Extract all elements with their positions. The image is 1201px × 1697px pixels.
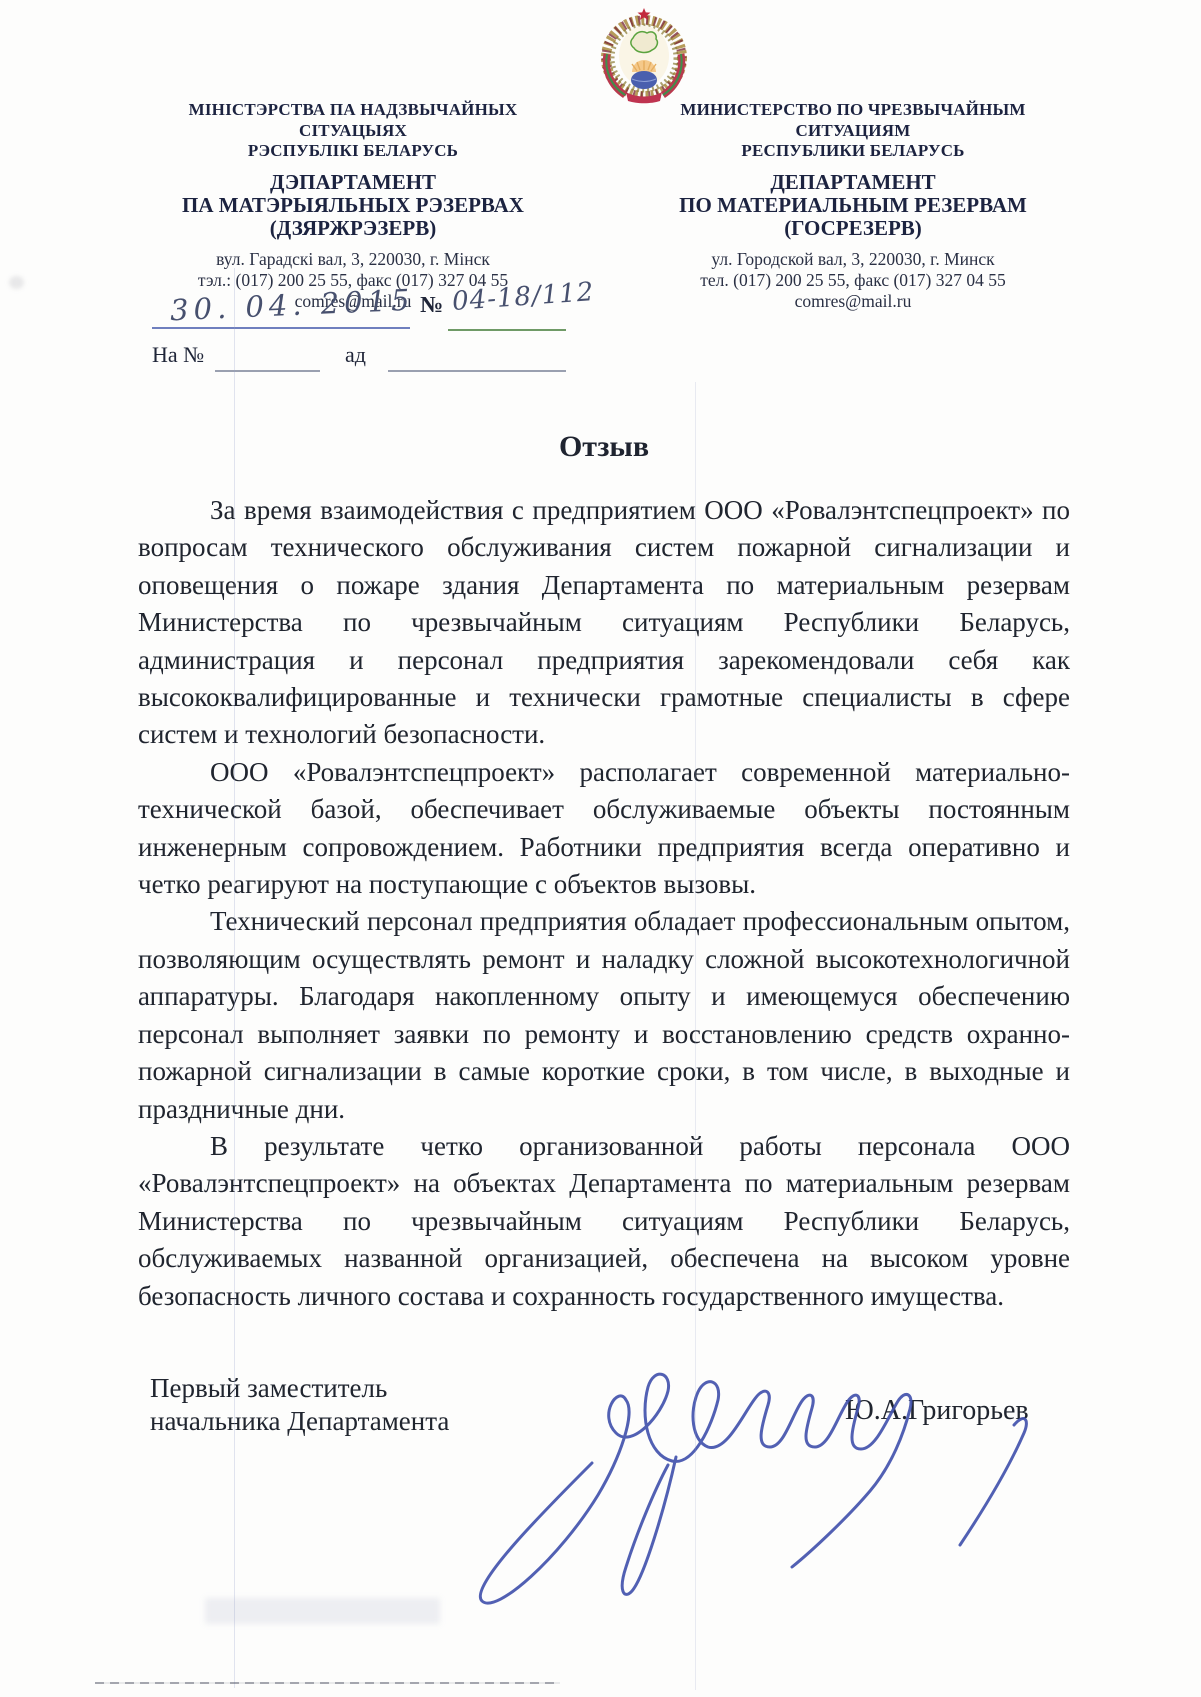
org-department-ru-1: ДЕПАРТАМЕНТ (633, 171, 1073, 194)
reply-to-label: На № (152, 342, 204, 368)
signer-position: Первый заместитель начальника Департамен… (150, 1372, 449, 1438)
signer-position-line2: начальника Департамента (150, 1405, 449, 1438)
org-department-by-1: ДЭПАРТАМЕНТ (133, 171, 573, 194)
scan-artifact-vertical-line-left (234, 268, 235, 1688)
org-republic-ru: РЕСПУБЛИКИ БЕЛАРУСЬ (633, 141, 1073, 162)
scan-artifact-edge-dot (9, 276, 24, 289)
org-department-by-2: ПА МАТЭРЫЯЛЬНЫХ РЭЗЕРВАХ (133, 194, 573, 217)
org-department-by-3: (ДЗЯРЖРЭЗЕРВ) (133, 217, 573, 240)
number-underline (448, 329, 566, 331)
paragraph-1: За время взаимодействия с предприятием О… (138, 492, 1070, 754)
scanned-letter-page: МІНІСТЭРСТВА ПА НАДЗВЫЧАЙНЫХ СІТУАЦЫЯХ Р… (0, 0, 1201, 1697)
header-belarusian-column: МІНІСТЭРСТВА ПА НАДЗВЫЧАЙНЫХ СІТУАЦЫЯХ Р… (133, 100, 573, 311)
paragraph-4: В результате четко организованной работы… (138, 1128, 1070, 1315)
paragraph-2: ООО «Ровалэнтспецпроект» располагает сов… (138, 754, 1070, 904)
scan-artifact-bottom-line (95, 1682, 560, 1684)
org-email-ru: comres@mail.ru (633, 291, 1073, 312)
document-title: Отзыв (138, 430, 1070, 464)
org-department-ru-3: (ГОСРЕЗЕРВ) (633, 217, 1073, 240)
date-underline (152, 327, 410, 329)
reply-from-label: ад (345, 342, 366, 368)
scan-artifact-vertical-line-center (695, 382, 696, 1690)
paragraph-3: Технический персонал предприятия обладае… (138, 903, 1070, 1127)
org-ministry-by: МІНІСТЭРСТВА ПА НАДЗВЫЧАЙНЫХ СІТУАЦЫЯХ (133, 100, 573, 141)
scan-artifact-ghost-smudge (205, 1598, 440, 1624)
letter-body: За время взаимодействия с предприятием О… (138, 492, 1070, 1315)
org-phone-ru: тел. (017) 200 25 55, факс (017) 327 04 … (633, 270, 1073, 291)
reply-number-blank-line (215, 370, 320, 372)
header-russian-column: МИНИСТЕРСТВО ПО ЧРЕЗВЫЧАЙНЫМ СИТУАЦИЯМ Р… (633, 100, 1073, 311)
signer-position-line1: Первый заместитель (150, 1372, 449, 1405)
org-address-ru: ул. Городской вал, 3, 220030, г. Минск (633, 249, 1073, 270)
org-department-ru-2: ПО МАТЕРИАЛЬНЫМ РЕЗЕРВАМ (633, 194, 1073, 217)
number-sign-label: № (420, 292, 443, 318)
org-ministry-ru: МИНИСТЕРСТВО ПО ЧРЕЗВЫЧАЙНЫМ СИТУАЦИЯМ (633, 100, 1073, 141)
handwritten-signature (440, 1295, 1060, 1615)
org-republic-by: РЭСПУБЛІКІ БЕЛАРУСЬ (133, 141, 573, 162)
belarus-coat-of-arms-icon (599, 6, 689, 104)
reply-date-blank-line (388, 370, 566, 372)
org-address-by: вул. Гарадскі вал, 3, 220030, г. Мінск (133, 249, 573, 270)
